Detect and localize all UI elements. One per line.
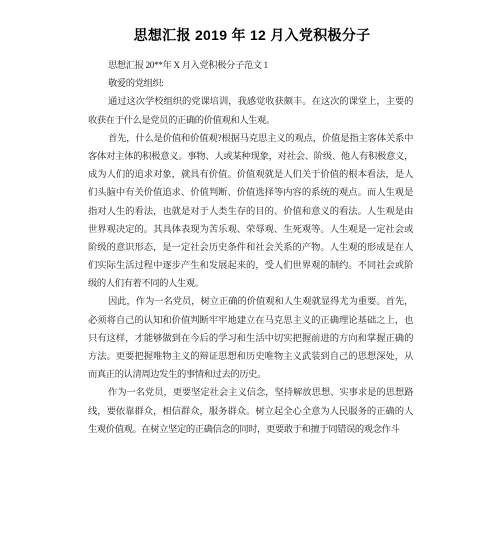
text-line: 首先，什么是价值和价值观?根据马克思主义的观点，价值是指主客体关系中 [88, 130, 413, 148]
text-line: 只有这样，才能够做到在今后的学习和生活中切实把握前进的方向和掌握正确的 [88, 330, 413, 348]
document-title: 思想汇报 2019 年 12 月入党积极分子 [0, 25, 504, 45]
text-line: 指对人生的看法，也就是对于人类生存的目的、价值和意义的看法。人生观是由 [88, 203, 413, 221]
text-line: 敬爱的党组织: [88, 75, 413, 93]
text-line: 通过这次学校组织的党课培训，我感觉收获颇丰。在这次的课堂上，主要的 [88, 93, 413, 111]
text-line: 成为人们的追求对象，就具有价值。价值观就是人们关于价值的根本看法，是人 [88, 166, 413, 184]
text-line: 级的人们有着不同的人生观。 [88, 275, 413, 293]
document-body: 思想汇报 20**年 X 月入党积极分子范文 1敬爱的党组织:通过这次学校组织的… [88, 57, 413, 439]
text-line: 线，要依靠群众，相信群众，服务群众。树立起全心全意为人民服务的正确的人 [88, 403, 413, 421]
text-line: 作为一名党员，更要坚定社会主义信念，坚持解放思想、实事求是的思想路 [88, 384, 413, 402]
text-line: 方法。更要把握唯物主义的辩证思想和历史唯物主义武装到自己的思想深处，从 [88, 348, 413, 366]
text-line: 收获在于什么是党员的正确的价值观和人生观。 [88, 112, 413, 130]
text-line: 世界观决定的。其具体表现为苦乐观、荣辱观、生死观等。人生观是一定社会或 [88, 221, 413, 239]
text-line: 必须将自己的认知和价值判断牢牢地建立在马克思主义的正确理论基础之上，也 [88, 312, 413, 330]
document-page: 思想汇报 2019 年 12 月入党积极分子 思想汇报 20**年 X 月入党积… [0, 0, 504, 552]
text-line: 思想汇报 20**年 X 月入党积极分子范文 1 [88, 57, 413, 75]
text-line: 因此，作为一名党员，树立正确的价值观和人生观就显得尤为重要。首先， [88, 293, 413, 311]
text-line: 们实际生活过程中逐步产生和发展起来的，受人们世界观的制约。不同社会或阶 [88, 257, 413, 275]
text-line: 客体对主体的积极意义。事物、人或某种现象，对社会、阶级、他人有积极意义， [88, 148, 413, 166]
text-line: 而真正的认清周边发生的事情和过去的历史。 [88, 366, 413, 384]
text-line: 们头脑中有关价值追求、价值判断、价值选择等内容的系统的观点。而人生观是 [88, 184, 413, 202]
text-line: 阶级的意识形态，是一定社会历史条件和社会关系的产物。人生观的形成是在人 [88, 239, 413, 257]
text-line: 生观价值观。在树立坚定的正确信念的同时，更要敢于和擅于同错误的观念作斗 [88, 421, 413, 439]
